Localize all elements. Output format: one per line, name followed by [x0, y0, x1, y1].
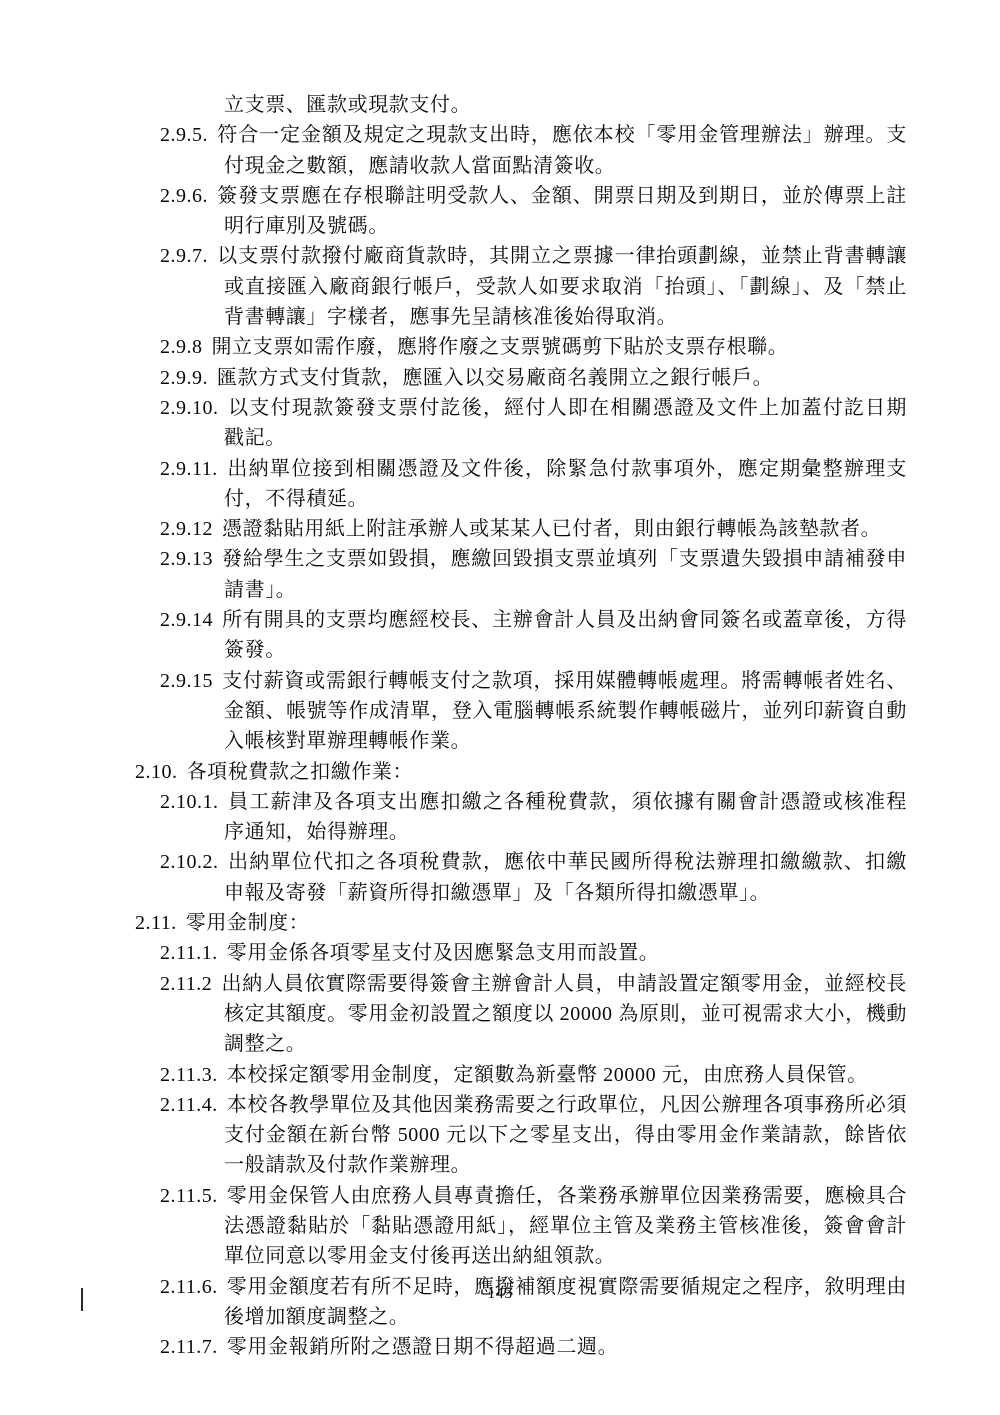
item-number: 2.11.7. — [160, 1336, 218, 1358]
item-number: 2.11.1. — [160, 942, 218, 964]
item-number: 2.9.8 — [160, 336, 203, 358]
list-item: 2.11.7.零用金報銷所附之憑證日期不得超過二週。 — [160, 1332, 907, 1362]
item-number: 2.9.9. — [160, 367, 208, 389]
page-number: 145 — [0, 1285, 1000, 1303]
list-item: 2.9.5.符合一定金額及規定之現款支出時，應依本校「零用金管理辦法」辦理。支付… — [160, 120, 907, 181]
list-item: 2.10.各項稅費款之扣繳作業： — [135, 757, 907, 787]
document-page: 立支票、匯款或現款支付。2.9.5.符合一定金額及規定之現款支出時，應依本校「零… — [0, 0, 1000, 1415]
item-number: 2.9.13 — [160, 548, 213, 570]
item-text: 簽發支票應在存根聯註明受款人、金額、開票日期及到期日，並於傳票上註明行庫別及號碼… — [217, 185, 907, 237]
list-item: 2.9.8開立支票如需作廢，應將作廢之支票號碼剪下貼於支票存根聯。 — [160, 332, 907, 362]
list-item: 2.9.13發給學生之支票如毀損，應繳回毀損支票並填列「支票遺失毀損申請補發申請… — [160, 544, 907, 605]
item-number: 2.11.3. — [160, 1064, 218, 1086]
item-text: 出納單位接到相關憑證及文件後，除緊急付款事項外，應定期彙整辦理支付，不得積延。 — [224, 458, 907, 510]
list-item: 2.11.5.零用金保管人由庶務人員專責擔任，各業務承辦單位因業務需要，應檢具合… — [160, 1181, 907, 1272]
item-text: 所有開具的支票均應經校長、主辦會計人員及出納會同簽名或蓋章後，方得簽發。 — [222, 609, 907, 661]
item-number: 2.11.5. — [160, 1185, 218, 1207]
item-text: 各項稅費款之扣繳作業： — [187, 761, 414, 783]
item-text: 以支票付款撥付廠商貨款時，其開立之票據一律抬頭劃線，並禁止背書轉讓或直接匯入廠商… — [217, 245, 907, 328]
item-number: 2.11. — [135, 912, 177, 934]
list-item: 2.11.1.零用金係各項零星支付及因應緊急支用而設置。 — [160, 938, 907, 968]
list-item: 2.9.10.以支付現款簽發支票付訖後，經付人即在相關憑證及文件上加蓋付訖日期戳… — [160, 393, 907, 454]
item-text: 本校採定額零用金制度，定額數為新臺幣 20000 元，由庶務人員保管。 — [227, 1064, 868, 1086]
item-number: 2.9.6. — [160, 185, 208, 207]
item-text: 零用金保管人由庶務人員專責擔任，各業務承辦單位因業務需要，應檢具合法憑證黏貼於「… — [224, 1185, 907, 1268]
item-text: 零用金制度： — [186, 912, 310, 934]
item-number: 2.10.2. — [160, 851, 219, 873]
item-text: 出納人員依實際需要得簽會主辦會計人員，申請設置定額零用金，並經校長核定其額度。零… — [221, 973, 907, 1056]
list-item: 2.11.2出納人員依實際需要得簽會主辦會計人員，申請設置定額零用金，並經校長核… — [160, 969, 907, 1060]
item-text: 符合一定金額及規定之現款支出時，應依本校「零用金管理辦法」辦理。支付現金之數額，… — [217, 124, 907, 176]
item-text: 發給學生之支票如毀損，應繳回毀損支票並填列「支票遺失毀損申請補發申請書」。 — [222, 548, 907, 600]
list-item: 2.9.12憑證黏貼用紙上附註承辦人或某某人已付者，則由銀行轉帳為該墊款者。 — [160, 514, 907, 544]
list-item: 2.10.1.員工薪津及各項支出應扣繳之各種稅費款，須依據有關會計憑證或核准程序… — [160, 787, 907, 848]
item-text: 零用金報銷所附之憑證日期不得超過二週。 — [227, 1336, 618, 1358]
item-number: 2.10. — [135, 761, 178, 783]
item-text: 零用金係各項零星支付及因應緊急支用而設置。 — [227, 942, 660, 964]
item-text: 匯款方式支付貨款，應匯入以交易廠商名義開立之銀行帳戶。 — [217, 367, 773, 389]
item-number: 2.9.14 — [160, 609, 213, 631]
item-number: 2.9.5. — [160, 124, 208, 146]
item-number: 2.10.1. — [160, 791, 219, 813]
list-item: 2.9.14所有開具的支票均應經校長、主辦會計人員及出納會同簽名或蓋章後，方得簽… — [160, 605, 907, 666]
list-item: 2.9.15支付薪資或需銀行轉帳支付之款項，採用媒體轉帳處理。將需轉帳者姓名、金… — [160, 666, 907, 757]
item-number: 2.9.7. — [160, 245, 208, 267]
list-item: 2.9.9.匯款方式支付貨款，應匯入以交易廠商名義開立之銀行帳戶。 — [160, 363, 907, 393]
item-text: 憑證黏貼用紙上附註承辦人或某某人已付者，則由銀行轉帳為該墊款者。 — [222, 518, 881, 540]
list-item: 2.11.零用金制度： — [135, 908, 907, 938]
item-text: 以支付現款簽發支票付訖後，經付人即在相關憑證及文件上加蓋付訖日期戳記。 — [224, 397, 907, 449]
list-item: 2.9.6.簽發支票應在存根聯註明受款人、金額、開票日期及到期日，並於傳票上註明… — [160, 181, 907, 242]
item-text: 開立支票如需作廢，應將作廢之支票號碼剪下貼於支票存根聯。 — [212, 336, 789, 358]
item-number: 2.11.4. — [160, 1094, 218, 1116]
item-text: 本校各教學單位及其他因業務需要之行政單位，凡因公辦理各項事務所必須支付金額在新台… — [224, 1094, 907, 1177]
item-number: 2.9.12 — [160, 518, 213, 540]
item-number: 2.9.15 — [160, 670, 213, 692]
list-item: 2.10.2.出納單位代扣之各項稅費款，應依中華民國所得稅法辦理扣繳繳款、扣繳申… — [160, 847, 907, 908]
item-number: 2.11.2 — [160, 973, 212, 995]
item-number: 2.9.11. — [160, 458, 218, 480]
item-text: 支付薪資或需銀行轉帳支付之款項，採用媒體轉帳處理。將需轉帳者姓名、金額、帳號等作… — [222, 670, 907, 753]
item-number: 2.9.10. — [160, 397, 219, 419]
item-text: 立支票、匯款或現款支付。 — [224, 94, 471, 116]
item-text: 員工薪津及各項支出應扣繳之各種稅費款，須依據有關會計憑證或核准程序通知，始得辦理… — [224, 791, 907, 843]
list-item: 2.11.4.本校各教學單位及其他因業務需要之行政單位，凡因公辦理各項事務所必須… — [160, 1090, 907, 1181]
document-body: 立支票、匯款或現款支付。2.9.5.符合一定金額及規定之現款支出時，應依本校「零… — [135, 90, 907, 1362]
list-item: 立支票、匯款或現款支付。 — [160, 90, 907, 120]
list-item: 2.9.7.以支票付款撥付廠商貨款時，其開立之票據一律抬頭劃線，並禁止背書轉讓或… — [160, 241, 907, 332]
list-item: 2.9.11.出納單位接到相關憑證及文件後，除緊急付款事項外，應定期彙整辦理支付… — [160, 454, 907, 515]
list-item: 2.11.3.本校採定額零用金制度，定額數為新臺幣 20000 元，由庶務人員保… — [160, 1060, 907, 1090]
item-text: 出納單位代扣之各項稅費款，應依中華民國所得稅法辦理扣繳繳款、扣繳申報及寄發「薪資… — [224, 851, 907, 903]
